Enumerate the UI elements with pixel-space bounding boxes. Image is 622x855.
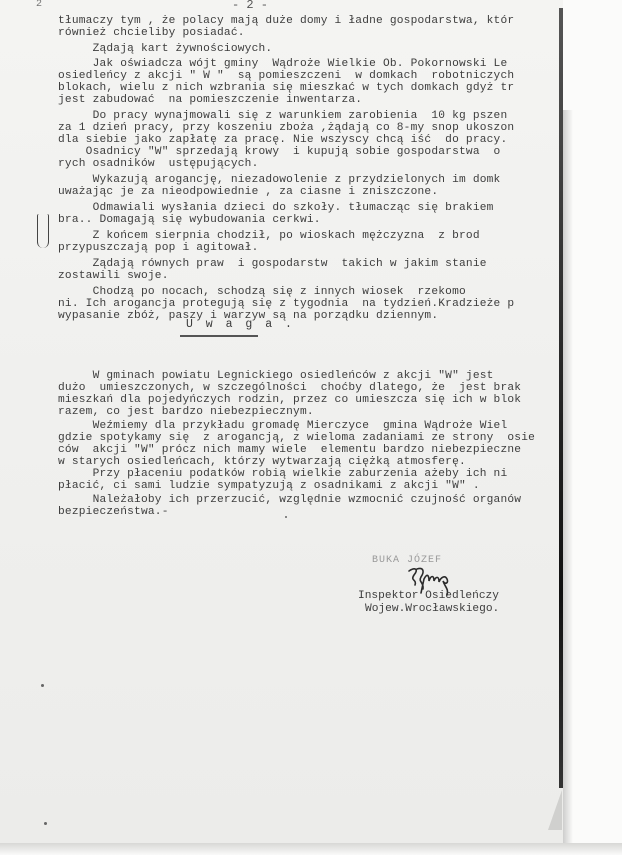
typed-line: Weźmiemy dla przykładu gromadę Mierczyce…	[58, 420, 560, 432]
typed-line: dużo umieszczonych, w szczególności choć…	[58, 382, 560, 394]
typed-line: mieszkań dla pojedyńczych rodzin, przez …	[58, 394, 560, 406]
typed-line: gdzie spotykamy się z arogancją, z wielo…	[58, 432, 560, 444]
scan-speck	[41, 684, 44, 687]
typed-line: W gminach powiatu Legnickiego osiedleńcó…	[58, 370, 560, 382]
typed-line: Do pracy wynajmowali się z warunkiem zar…	[58, 110, 560, 122]
heading-underline	[180, 335, 258, 337]
typed-line: tłumaczy tym , że polacy mają duże domy …	[58, 15, 560, 27]
typed-line: przypuszczają pop i agitował.	[58, 242, 560, 254]
scan-speck	[44, 822, 47, 825]
typed-line: również chcieliby posiadać.	[58, 27, 560, 39]
typed-line: Żądają kart żywnościowych.	[58, 43, 560, 55]
typed-line: Chodzą po nocach, schodzą się z innych w…	[58, 286, 560, 298]
typed-line: osiedleńcy z akcji " W " są pomieszczeni…	[58, 70, 560, 82]
typed-line: Należałoby ich przerzucić, względnie wzm…	[58, 494, 560, 506]
signature-title: Inspektor Osiedleńczy	[358, 590, 499, 602]
typed-line: Osadnicy "W" sprzedają krowy i kupują so…	[58, 146, 560, 158]
typed-line: bezpieczeństwa.-	[58, 506, 560, 518]
typed-line: w starych osiedleńcach, którzy wytwarzaj…	[58, 456, 560, 468]
torn-corner	[548, 790, 562, 830]
typed-line: ni. Ich arogancja protegują się z tygodn…	[58, 298, 560, 310]
typed-line: dla siebie jako zapłatę za pracę. Nie ws…	[58, 134, 560, 146]
section-heading: U w a g a .	[186, 318, 295, 331]
typed-line: płacić, ci sami ludzie sympatyzują z osa…	[58, 480, 560, 492]
scanned-page: 2 - 2 - tłumaczy tym , że polacy mają du…	[0, 0, 622, 855]
typed-line: Przy płaceniu podatków robią wielkie zab…	[58, 468, 560, 480]
typed-line: rych osadników ustępujących.	[58, 158, 560, 170]
typed-line: Z końcem sierpnia chodził, po wioskach m…	[58, 230, 560, 242]
page-number: - 2 -	[232, 0, 268, 12]
typed-line: blokach, wielu z nich wzbrania się miesz…	[58, 82, 560, 94]
typed-line: Wykazują arogancję, niezadowolenie z prz…	[58, 174, 560, 186]
typed-line: jest zabudować na pomieszczenie inwentar…	[58, 94, 560, 106]
typed-line: Odmawiali wysłania dzieci do szkoły. tłu…	[58, 202, 560, 214]
margin-annotation-mark	[37, 214, 49, 248]
typed-line: bra.. Domagają się wybudowania cerkwi.	[58, 214, 560, 226]
corner-mark: 2	[36, 0, 42, 10]
signature-region: Wojew.Wrocławskiego.	[365, 603, 499, 615]
typed-line: wypasanie zbóż, paszy i warzyw są na por…	[58, 310, 560, 322]
typed-line: uważając je za nieodpowiednie , za ciasn…	[58, 186, 560, 198]
fold-shadow	[563, 110, 573, 850]
page-bottom-edge	[0, 843, 622, 855]
scan-speck	[285, 516, 287, 518]
typed-line: Żądają równych praw i gospodarstw takich…	[58, 258, 560, 270]
typed-line: Jak oświadcza wójt gminy Wądroże Wielkie…	[58, 58, 560, 70]
typed-line: za 1 dzień pracy, przy koszeniu zboża ,ż…	[58, 122, 560, 134]
typed-line: ców akcji "W" prócz nich mamy wiele elem…	[58, 444, 560, 456]
typed-line: razem, co jest bardzo niebezpiecznym.	[58, 406, 560, 418]
typed-line: zostawili swoje.	[58, 270, 560, 282]
